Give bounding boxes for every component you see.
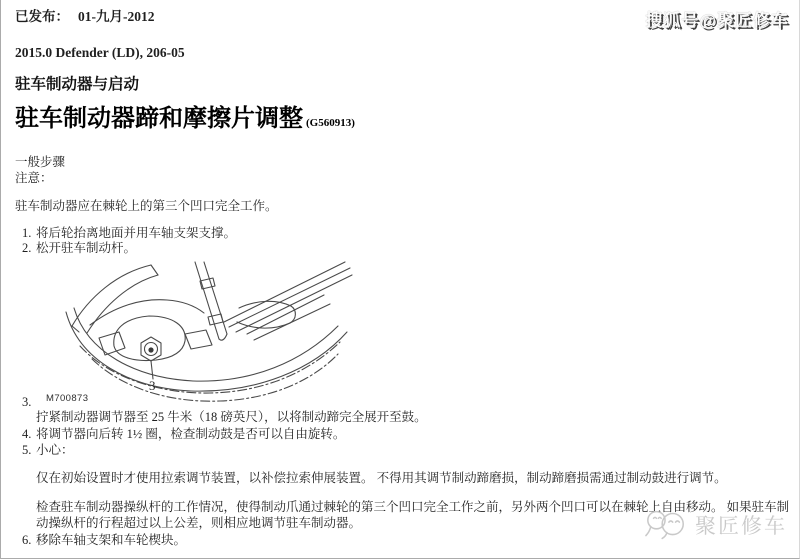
step-5: 5. 小心： — [15, 443, 791, 459]
page-title-text: 驻车制动器蹄和摩擦片调整 — [15, 105, 303, 132]
published-label: 已发布： — [15, 9, 69, 24]
bottom-watermark-text: 聚匠修车 — [695, 510, 787, 540]
step-6-number: 6. — [22, 533, 35, 549]
step-5-text: 小心： — [36, 443, 74, 459]
content-column: 已发布：01-九月-2012 2015.0 Defender (LD), 206… — [15, 8, 791, 548]
step-6-text: 移除车轴支架和车轮楔块。 — [36, 533, 186, 549]
caution-paragraph-1: 仅在初始设置时才使用拉索调节装置，以补偿拉索伸展装置。 不得用其调节制动蹄磨损，… — [36, 470, 791, 487]
step-2-number: 2. — [22, 241, 35, 257]
published-line: 已发布：01-九月-2012 — [15, 8, 791, 25]
document-page: 搜狐号@聚匠修车 已发布：01-九月-2012 2015.0 Defender … — [0, 0, 800, 559]
step-3-number: 3. — [22, 392, 35, 411]
step-2-text: 松开驻车制动杆。 — [36, 241, 136, 257]
step-1-text: 将后轮抬离地面并用车轴支架支撑。 — [36, 226, 236, 242]
brake-drum-figure: 3 — [61, 262, 353, 392]
published-date: 01-九月-2012 — [78, 9, 155, 24]
brake-adjuster-diagram: 3 — [61, 262, 353, 392]
note-label: 注意： — [15, 171, 791, 187]
procedure-code: (G560913) — [306, 117, 355, 129]
step-1-number: 1. — [22, 226, 35, 242]
step-3-row: 3. M700873 — [15, 392, 791, 410]
step-2: 2. 松开驻车制动杆。 — [15, 241, 791, 257]
figure-callout-3: 3 — [149, 378, 156, 393]
chat-bubbles-icon — [644, 508, 688, 542]
figure-reference: M700873 — [46, 393, 88, 404]
callout-leader-line — [151, 361, 153, 379]
general-heading: 一般步骤 — [15, 155, 791, 171]
step-5-number: 5. — [22, 443, 35, 459]
section-title: 驻车制动器与启动 — [15, 75, 791, 94]
bottom-right-watermark: 聚匠修车 — [644, 508, 787, 542]
step-1: 1. 将后轮抬离地面并用车轴支架支撑。 — [15, 226, 791, 242]
step-4-number: 4. — [22, 427, 35, 443]
note-text: 驻车制动器应在棘轮上的第三个凹口完全工作。 — [15, 199, 791, 215]
step-4-text: 将调节器向后转 1½ 圈，检查制动鼓是否可以自由旋转。 — [36, 427, 345, 443]
general-block: 一般步骤 注意： — [15, 155, 791, 186]
step-4: 4. 将调节器向后转 1½ 圈，检查制动鼓是否可以自由旋转。 — [15, 427, 791, 443]
model-line: 2015.0 Defender (LD), 206-05 — [15, 44, 791, 61]
procedure-steps: 1. 将后轮抬离地面并用车轴支架支撑。 2. 松开驻车制动杆。 — [15, 226, 791, 549]
page-title: 驻车制动器蹄和摩擦片调整(G560913) — [15, 104, 791, 138]
step-3-text: 拧紧制动器调节器至 25 牛米（18 磅英尺），以将制动蹄完全展开至鼓。 — [36, 410, 791, 426]
